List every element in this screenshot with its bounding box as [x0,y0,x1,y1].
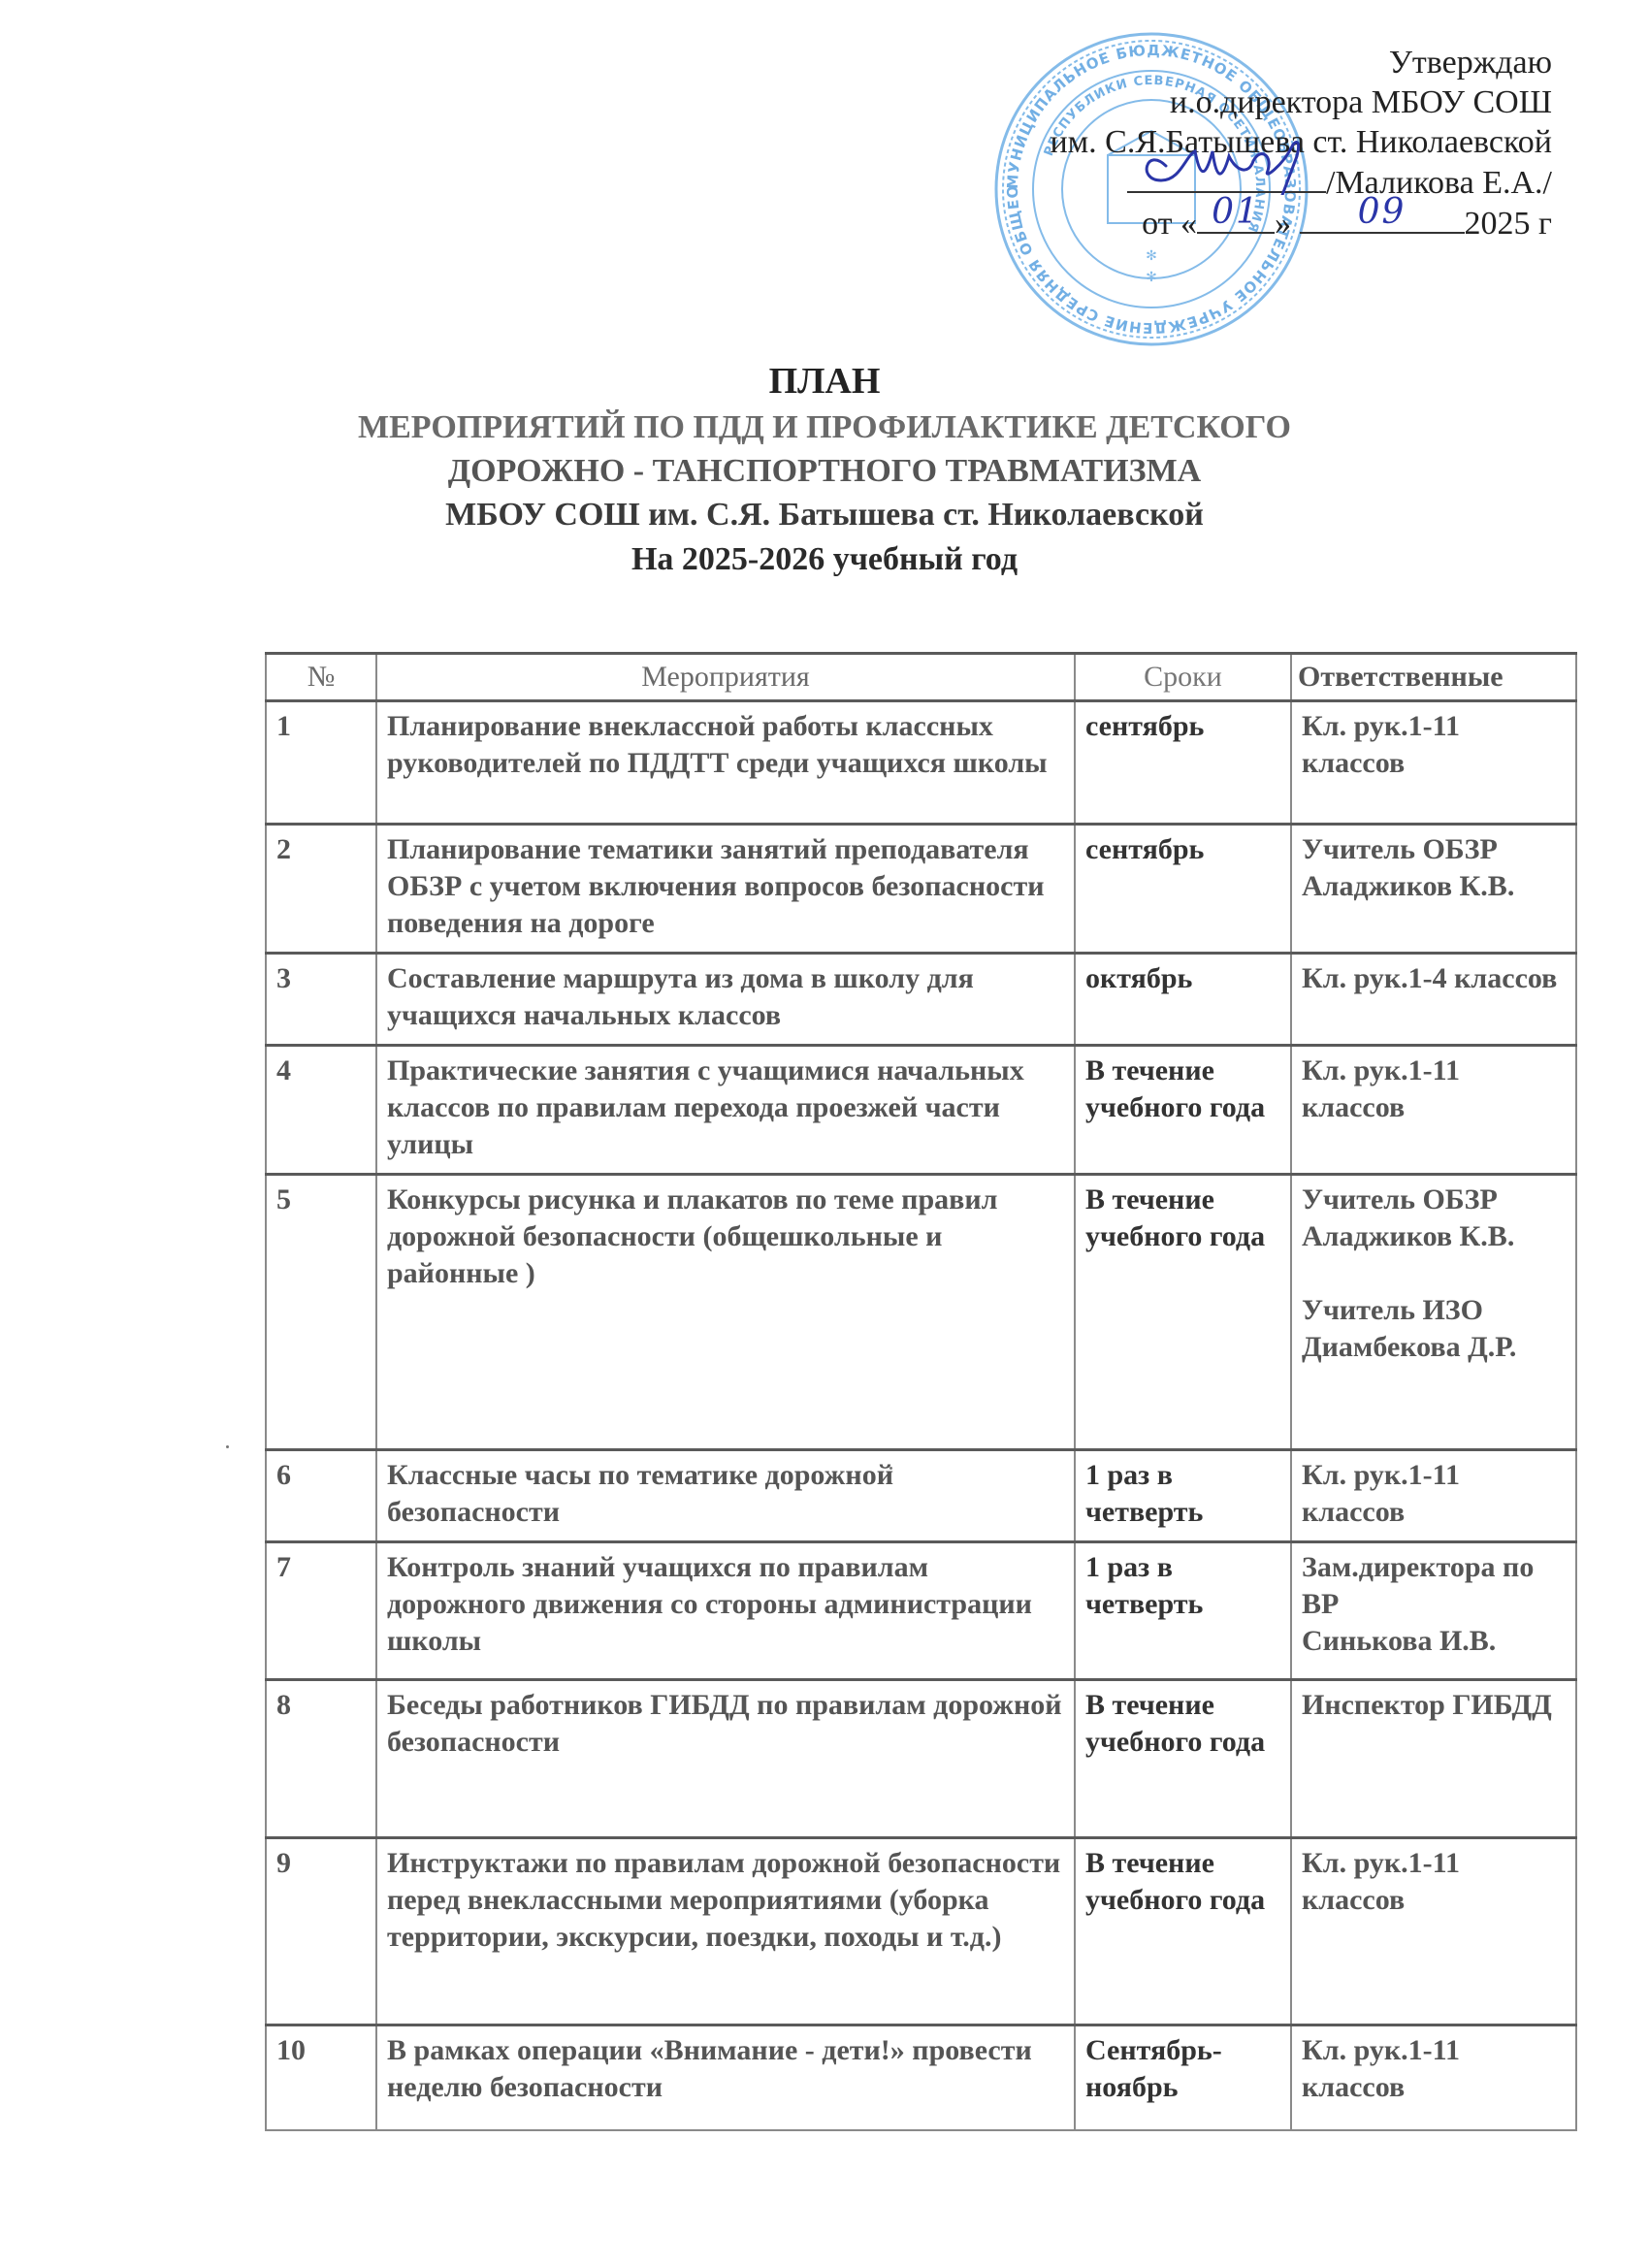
date-year: 2025 г [1465,206,1552,242]
table-header-row: № Мероприятия Сроки Ответственные [266,654,1576,701]
approval-date-line: от «01» 092025 г [1050,203,1552,243]
event-description: Классные часы по тематике дорожной безоп… [376,1450,1075,1542]
title-school: МБОУ СОШ им. С.Я. Батышева ст. Николаевс… [0,493,1649,537]
row-number: 6 [266,1450,376,1542]
table-row: 2Планирование тематики занятий преподава… [266,825,1576,954]
table-row: 6Классные часы по тематике дорожной безо… [266,1450,1576,1542]
table-row: 4Практические занятия с учащимися началь… [266,1046,1576,1175]
approval-position: и.о.директора МБОУ СОШ [1050,82,1552,122]
event-responsible: Кл. рук.1-11 классов [1291,2025,1576,2131]
row-number: 1 [266,701,376,825]
responsible-person: Учитель ИЗО [1302,1292,1568,1329]
responsible-person: Зам.директора по ВР [1302,1549,1568,1623]
scan-speck [226,1445,229,1448]
date-prefix: от « [1142,206,1197,242]
event-responsible: Учитель ОБЗРАладжиков К.В.Учитель ИЗОДиа… [1291,1175,1576,1450]
row-number: 10 [266,2025,376,2131]
events-plan-table: № Мероприятия Сроки Ответственные 1Плани… [265,652,1577,2131]
event-period: 1 раз в четверть [1075,1450,1291,1542]
title-plan: ПЛАН [0,357,1649,405]
event-period: сентябрь [1075,825,1291,954]
table-body: 1Планирование внеклассной работы классны… [266,701,1576,2131]
event-description: Планирование внеклассной работы классных… [376,701,1075,825]
event-description: Беседы работников ГИБДД по правилам доро… [376,1680,1075,1838]
table-row: 10В рамках операции «Внимание - дети!» п… [266,2025,1576,2131]
date-day-handwritten: 01 [1197,195,1275,230]
event-period: октябрь [1075,954,1291,1046]
event-period: Сентябрь-ноябрь [1075,2025,1291,2131]
approval-block: Утверждаю и.о.директора МБОУ СОШ им. С.Я… [1050,43,1552,243]
signature-field [1127,162,1326,193]
responsible-person: Кл. рук.1-11 классов [1302,2032,1568,2106]
event-description: Составление маршрута из дома в школу для… [376,954,1075,1046]
event-description: Практические занятия с учащимися начальн… [376,1046,1075,1175]
date-month-handwritten: 09 [1300,195,1465,230]
event-period: 1 раз в четверть [1075,1542,1291,1680]
event-responsible: Кл. рук.1-11 классов [1291,1450,1576,1542]
svg-text:✻: ✻ [1146,270,1157,285]
responsible-person: Инспектор ГИБДД [1302,1687,1568,1724]
approval-school: им. С.Я.Батышева ст. Николаевской [1050,122,1552,162]
event-description: Инструктажи по правилам дорожной безопас… [376,1838,1075,2025]
event-responsible: Кл. рук.1-11 классов [1291,1838,1576,2025]
event-responsible: Зам.директора по ВРСинькова И.В. [1291,1542,1576,1680]
approval-heading: Утверждаю [1050,43,1552,82]
scan-speck [889,1467,892,1470]
title-subject-line1: МЕРОПРИЯТИЙ ПО ПДД И ПРОФИЛАКТИКЕ ДЕТСКО… [0,405,1649,449]
responsible-person: Учитель ОБЗР [1302,1182,1568,1218]
header-event: Мероприятия [376,654,1075,701]
event-responsible: Кл. рук.1-11 классов [1291,1046,1576,1175]
date-mid: » [1275,206,1291,242]
responsible-person: Кл. рук.1-11 классов [1302,1457,1568,1531]
event-period: В течение учебного года [1075,1680,1291,1838]
event-responsible: Кл. рук.1-11 классов [1291,701,1576,825]
event-description: Конкурсы рисунка и плакатов по теме прав… [376,1175,1075,1450]
row-number: 3 [266,954,376,1046]
header-responsible: Ответственные [1291,654,1576,701]
responsible-person: Учитель ОБЗР [1302,831,1568,868]
responsible-person: Диамбекова Д.Р. [1302,1329,1568,1366]
svg-text:✻: ✻ [1146,248,1157,264]
title-subject-line2: ДОРОЖНО - ТАНСПОРТНОГО ТРАВМАТИЗМА [0,449,1649,493]
responsible-person: Кл. рук.1-11 классов [1302,1053,1568,1126]
event-responsible: Учитель ОБЗРАладжиков К.В. [1291,825,1576,954]
event-responsible: Кл. рук.1-4 классов [1291,954,1576,1046]
row-number: 9 [266,1838,376,2025]
responsible-person: Кл. рук.1-11 классов [1302,1845,1568,1919]
table-row: 8Беседы работников ГИБДД по правилам дор… [266,1680,1576,1838]
event-period: В течение учебного года [1075,1046,1291,1175]
event-period: В течение учебного года [1075,1838,1291,2025]
event-responsible: Инспектор ГИБДД [1291,1680,1576,1838]
responsible-person: Синькова И.В. [1302,1623,1568,1660]
table-row: 7Контроль знаний учащихся по правилам до… [266,1542,1576,1680]
date-month-field: 09 [1300,203,1465,234]
row-number: 8 [266,1680,376,1838]
responsible-person: Кл. рук.1-4 классов [1302,960,1568,997]
table-row: 3Составление маршрута из дома в школу дл… [266,954,1576,1046]
event-period: сентябрь [1075,701,1291,825]
event-description: Планирование тематики занятий преподават… [376,825,1075,954]
title-year: На 2025-2026 учебный год [0,537,1649,582]
responsible-person: Кл. рук.1-11 классов [1302,708,1568,782]
row-number: 4 [266,1046,376,1175]
row-number: 2 [266,825,376,954]
responsible-spacer [1302,1255,1568,1292]
date-day-field: 01 [1197,203,1275,234]
header-period: Сроки [1075,654,1291,701]
header-number: № [266,654,376,701]
responsible-person: Аладжиков К.В. [1302,1218,1568,1255]
row-number: 5 [266,1175,376,1450]
table-row: 5Конкурсы рисунка и плакатов по теме пра… [266,1175,1576,1450]
table-row: 9Инструктажи по правилам дорожной безопа… [266,1838,1576,2025]
event-description: Контроль знаний учащихся по правилам дор… [376,1542,1075,1680]
row-number: 7 [266,1542,376,1680]
table-row: 1Планирование внеклассной работы классны… [266,701,1576,825]
responsible-person: Аладжиков К.В. [1302,868,1568,905]
document-title: ПЛАН МЕРОПРИЯТИЙ ПО ПДД И ПРОФИЛАКТИКЕ Д… [0,357,1649,582]
event-description: В рамках операции «Внимание - дети!» про… [376,2025,1075,2131]
event-period: В течение учебного года [1075,1175,1291,1450]
